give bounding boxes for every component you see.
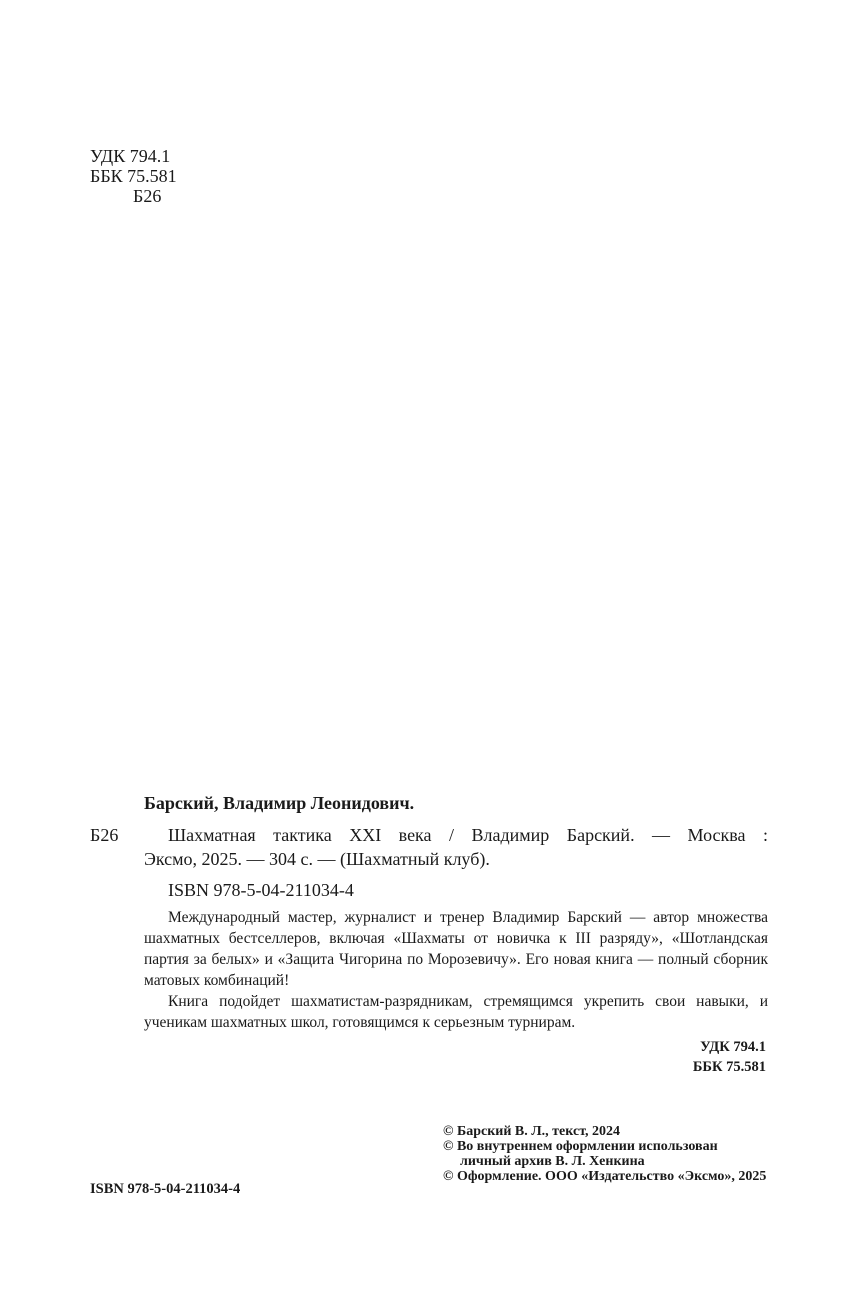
isbn-catalog: ISBN 978-5-04-211034-4 bbox=[168, 878, 354, 902]
bbk-code: ББК 75.581 bbox=[90, 166, 177, 186]
copyright-text: © Барский В. Л., текст, 2024 bbox=[443, 1124, 790, 1139]
annotation-paragraph-2: Книга подойдет шахматистам-разрядникам, … bbox=[144, 991, 768, 1033]
author-heading: Барский, Владимир Леонидович. bbox=[144, 792, 414, 814]
annotation-paragraph-1: Международный мастер, журналист и тренер… bbox=[144, 907, 768, 991]
udk-code-card: УДК 794.1 bbox=[600, 1037, 766, 1057]
catalog-author-mark: Б26 bbox=[90, 823, 118, 847]
title-line-1: Шахматная тактика XXI века / Владимир Ба… bbox=[144, 823, 768, 847]
bbk-code-card: ББК 75.581 bbox=[600, 1057, 766, 1077]
bibliographic-description: Шахматная тактика XXI века / Владимир Ба… bbox=[144, 823, 768, 871]
copyright-design: © Оформление. ООО «Издательство «Эксмо»,… bbox=[443, 1169, 790, 1184]
title-line-2: Эксмо, 2025. — 304 с. — (Шахматный клуб)… bbox=[144, 847, 768, 871]
annotation: Международный мастер, журналист и тренер… bbox=[144, 907, 768, 1033]
classification-codes-card: УДК 794.1 ББК 75.581 bbox=[600, 1037, 766, 1077]
udk-code: УДК 794.1 bbox=[90, 146, 177, 166]
author-mark: Б26 bbox=[90, 186, 177, 206]
isbn-footer: ISBN 978-5-04-211034-4 bbox=[90, 1180, 240, 1198]
classification-codes-top: УДК 794.1 ББК 75.581 Б26 bbox=[90, 146, 177, 206]
copyright-archive: © Во внутреннем оформлении использован л… bbox=[443, 1139, 760, 1169]
copyright-block: © Барский В. Л., текст, 2024 © Во внутре… bbox=[443, 1124, 790, 1184]
